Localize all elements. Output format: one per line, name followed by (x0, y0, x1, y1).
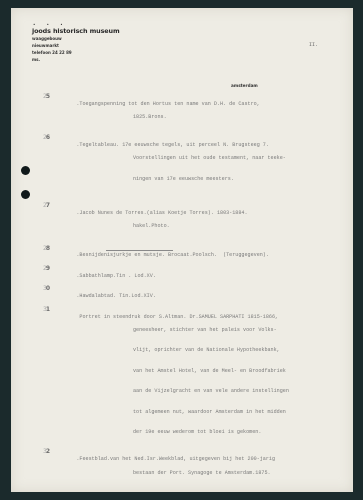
list-item: 26.Tegeltableau. 17e eeuwsche tegels, ui… (43, 135, 353, 196)
item-text: .Toegangspenning tot den Hortus ten name… (76, 101, 259, 107)
item-text-continued: 1825.Brons. (58, 114, 353, 121)
punch-hole-top (21, 166, 30, 175)
item-text: .Tegeltableau. 17e eeuwsche tegels, uit … (76, 142, 269, 148)
item-text-continued: hakel.Photo. (58, 223, 353, 230)
item-text-continued: der 19e eeuw wederom tot bloei is gekome… (58, 429, 353, 436)
item-number: 30 (43, 286, 49, 293)
item-text: .Feestblad.van het Ned.Isr.Weekblad, uit… (76, 456, 275, 462)
item-text: .Hawdalabtad. Tin.Lod.XIV. (76, 293, 155, 299)
museum-name: joods historisch museum (32, 27, 120, 35)
document-page: • • • joods historisch museum waaggebouw… (11, 8, 353, 492)
phone-line: telefoon 24 22 89 (32, 49, 120, 56)
item-text-continued: vlijt, oprichter van de Nationale Hypoth… (58, 347, 353, 354)
list-item: 25.Toegangspenning tot den Hortus ten na… (43, 94, 353, 135)
item-text-continued: Voorstellingen uit het oude testament, n… (58, 155, 353, 162)
item-text-continued: bestaan der Port. Synagoge te Amsterdam.… (58, 470, 353, 477)
item-number: 29 (43, 266, 49, 273)
item-number: 26 (43, 135, 49, 142)
item-text: .Jacob Nunes de Torres.(alias Koetje Tor… (76, 210, 247, 216)
item-text: Portret in steendruk door S.Altman. Dr.S… (76, 314, 278, 320)
item-text-continued: ningen van 17e eeuwsche meesters. (58, 176, 353, 183)
item-text: .Besnijdenisjurkje en mutsje. Brocaat.Po… (76, 252, 269, 258)
item-number: 25 (43, 94, 49, 101)
end-rule-divider (106, 250, 173, 251)
list-item: 32.Feestblad.van het Ned.Isr.Weekblad, u… (43, 449, 353, 490)
list-item: 28.Besnijdenisjurkje en mutsje. Brocaat.… (43, 246, 353, 266)
inventory-list: 25.Toegangspenning tot den Hortus ten na… (43, 94, 353, 490)
punch-hole-bottom (21, 190, 30, 199)
reference-line: ms. (32, 56, 120, 63)
item-number: 31 (43, 307, 49, 314)
item-number: 27 (43, 203, 49, 210)
address-line-2: nieuwmarkt (32, 42, 120, 49)
item-text-continued: van het Amstel Hotel, van de Meel- en Br… (58, 368, 353, 375)
list-item: 27.Jacob Nunes de Torres.(alias Koetje T… (43, 203, 353, 244)
city-label: amsterdam (231, 83, 258, 88)
list-item: 29.Sabbathlamp.Tin . Lod.XV. (43, 266, 353, 286)
address-line-1: waaggebouw (32, 35, 120, 42)
list-item: 30.Hawdalabtad. Tin.Lod.XIV. (43, 286, 353, 306)
item-text-continued: geneesheer, stichter van het paleis voor… (58, 327, 353, 334)
page-number: II. (309, 42, 318, 48)
item-number: 32 (43, 449, 49, 456)
item-text: .Sabbathlamp.Tin . Lod.XV. (76, 273, 155, 279)
letterhead: • • • joods historisch museum waaggebouw… (32, 22, 120, 63)
item-number: 28 (43, 246, 49, 253)
list-item: 31 Portret in steendruk door S.Altman. D… (43, 307, 353, 450)
item-text-continued: aan de Vijzelgracht en van vele andere i… (58, 388, 353, 395)
item-text-continued: tot algemeen nut, waardoor Amsterdam in … (58, 409, 353, 416)
